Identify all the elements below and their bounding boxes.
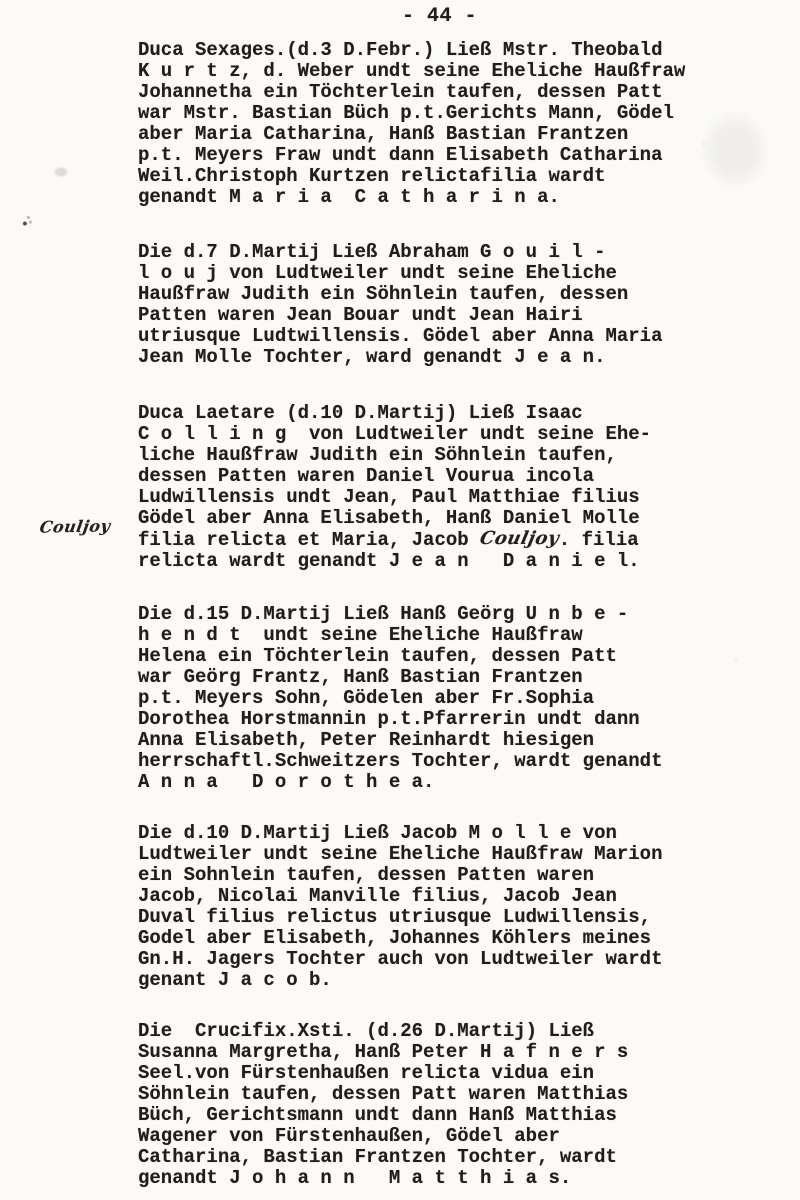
baptism-entry-colling: Duca Laetare (d.10 D.Martij) Ließ Isaac …	[138, 403, 710, 572]
baptism-register-text: Duca Sexages.(d.3 D.Febr.) Ließ Mstr. Th…	[138, 40, 710, 1189]
scan-speck	[20, 213, 34, 228]
entry-colling-handwritten-surname: Couljoy	[478, 528, 561, 549]
scan-smudge	[700, 110, 770, 190]
baptism-entry-hafners: Die Crucifix.Xsti. (d.26 D.Martij) Ließ …	[138, 1021, 710, 1189]
baptism-entry-molle: Die d.10 D.Martij Ließ Jacob M o l l e v…	[138, 823, 710, 991]
scan-speck	[53, 166, 69, 178]
baptism-entry-kurtz: Duca Sexages.(d.3 D.Febr.) Ließ Mstr. Th…	[138, 40, 710, 208]
page-number: - 44 -	[402, 6, 477, 27]
scanned-document-page: - 44 - Couljoy Duca Sexages.(d.3 D.Febr.…	[0, 0, 800, 1200]
baptism-entry-unbehendt: Die d.15 D.Martij Ließ Hanß Geörg U n b …	[138, 604, 710, 793]
baptism-entry-gouillouj: Die d.7 D.Martij Ließ Abraham G o u i l …	[138, 242, 710, 368]
margin-annotation-couljoy: Couljoy	[38, 516, 112, 536]
